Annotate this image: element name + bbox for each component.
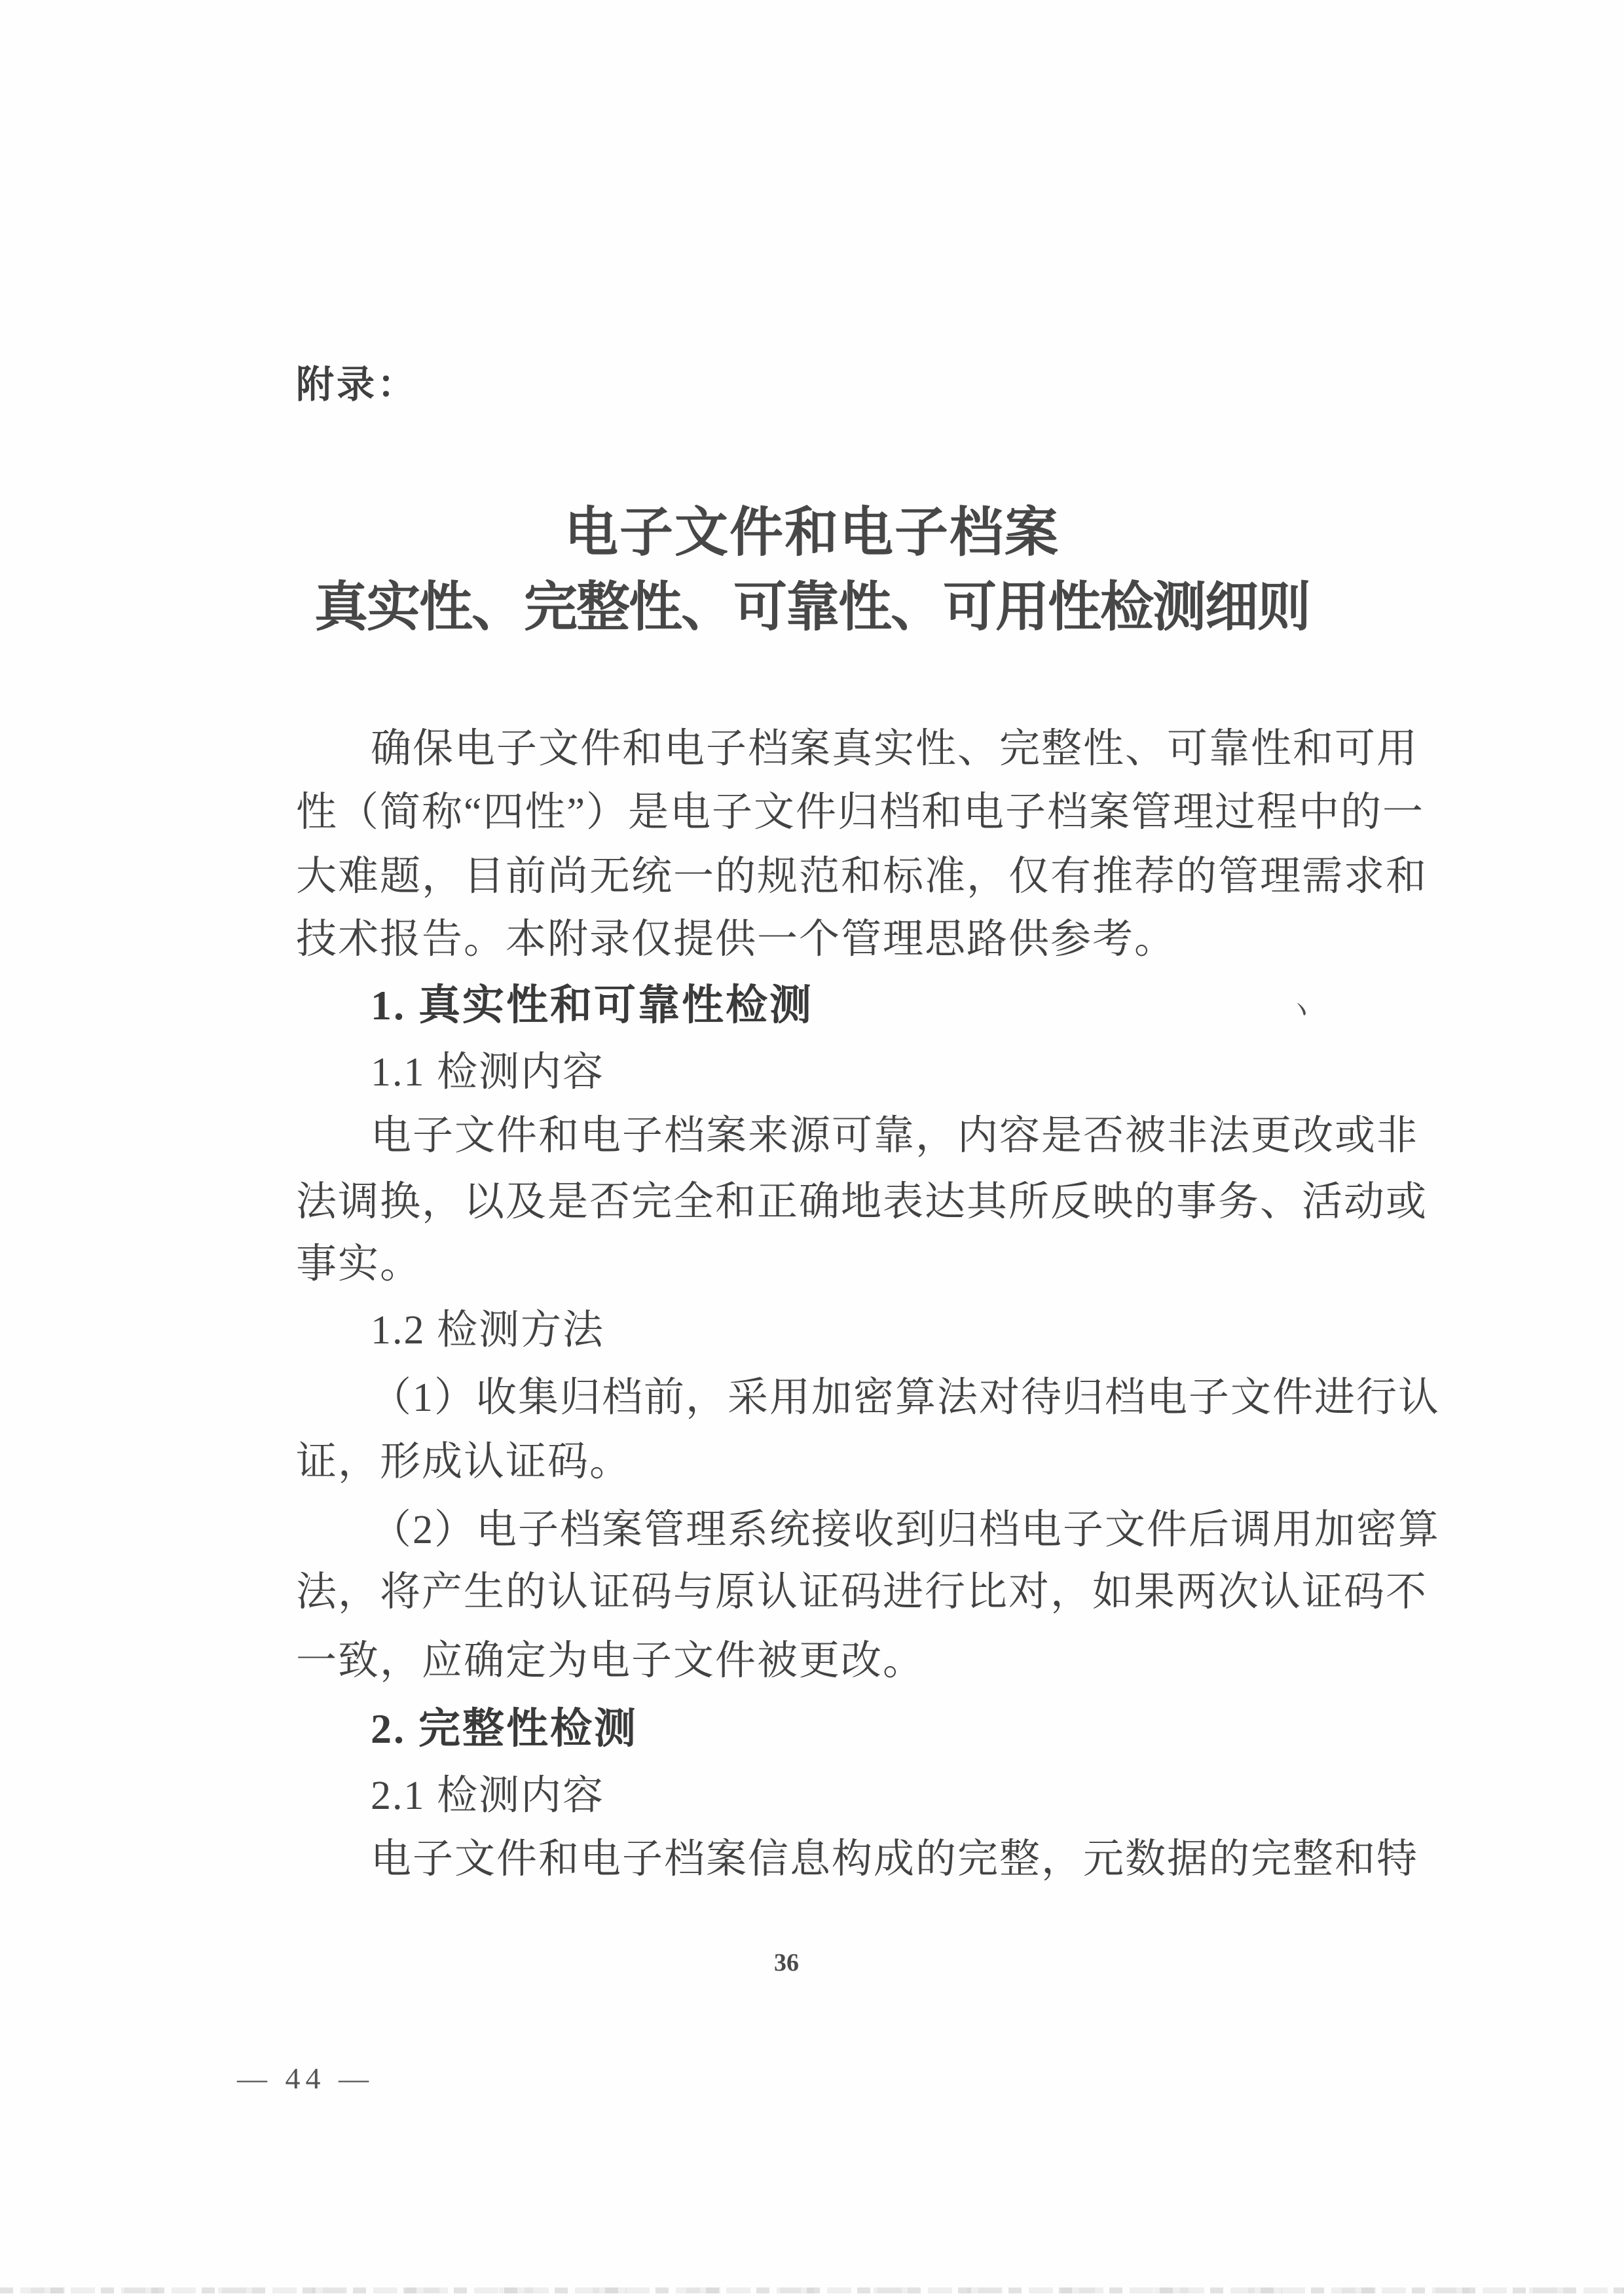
body-line: 技术报告。本附录仅提供一个管理思路供参考。 [296, 906, 1176, 964]
appendix-label: 附录： [296, 354, 418, 409]
body-line: 法调换，以及是否完全和正确地表达其所反映的事务、活动或 [296, 1169, 1428, 1227]
outer-page-number: — 44 — [237, 2061, 374, 2096]
body-line: （1）收集归档前，采用加密算法对待归档电子文件进行认 [371, 1364, 1440, 1423]
subsection-heading-2-1: 2.1 检测内容 [371, 1762, 604, 1821]
body-line: 法，将产生的认证码与原认证码进行比对，如果两次认证码不 [296, 1559, 1428, 1617]
inner-page-number: 36 [774, 1948, 799, 1977]
scan-artifact-dot: 丶 [1283, 987, 1319, 1031]
body-line: 确保电子文件和电子档案真实性、完整性、可靠性和可用 [371, 716, 1418, 774]
body-line: 证，形成认证码。 [296, 1429, 631, 1487]
subsection-heading-1-2: 1.2 检测方法 [371, 1297, 604, 1355]
body-line: 性（简称“四性”）是电子文件归档和电子档案管理过程中的一 [296, 779, 1424, 837]
body-line: 一致，应确定为电子文件被更改。 [296, 1628, 925, 1686]
section-heading-2: 2. 完整性检测 [371, 1695, 638, 1755]
scan-artifact-bottom-edge [0, 2287, 1624, 2293]
subsection-heading-1-1: 1.1 检测内容 [371, 1039, 604, 1097]
document-title-line-1: 电子文件和电子档案 [0, 490, 1624, 566]
section-heading-1: 1. 真实性和可靠性检测 [371, 972, 813, 1032]
body-line: 电子文件和电子档案来源可靠，内容是否被非法更改或非 [371, 1102, 1418, 1161]
body-line: （2）电子档案管理系统接收到归档电子文件后调用加密算 [371, 1497, 1440, 1555]
body-line: 事实。 [296, 1231, 422, 1289]
body-line: 电子文件和电子档案信息构成的完整，元数据的完整和特 [371, 1826, 1418, 1884]
scanned-document-page: 附录： 电子文件和电子档案 真实性、完整性、可靠性、可用性检测细则 确保电子文件… [0, 0, 1624, 2296]
document-title-line-2: 真实性、完整性、可靠性、可用性检测细则 [0, 564, 1624, 641]
body-line: 大难题，目前尚无统一的规范和标准，仅有推荐的管理需求和 [296, 843, 1428, 902]
